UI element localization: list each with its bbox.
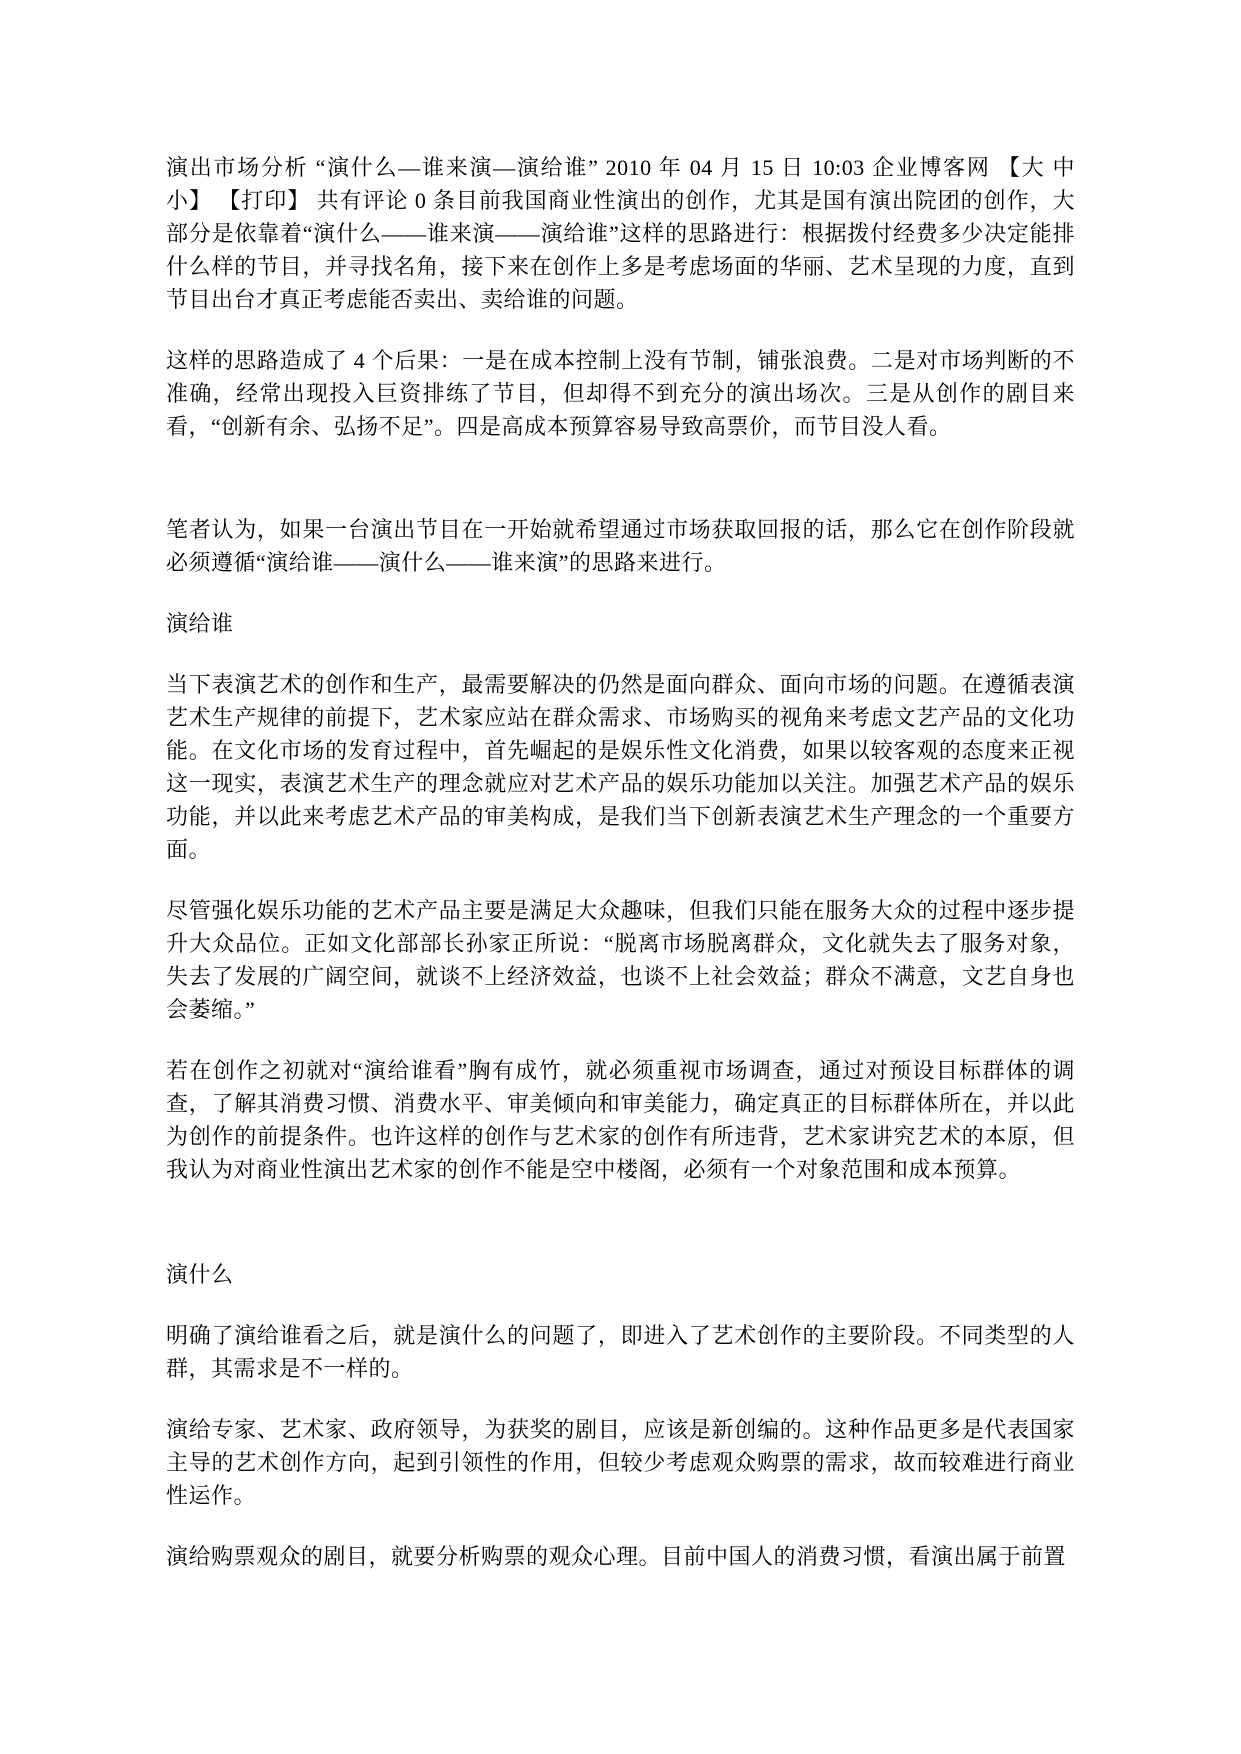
- paragraph-market-research: 若在创作之初就对“演给谁看”胸有成竹，就必须重视市场调查，通过对预设目标群体的调…: [166, 1054, 1075, 1186]
- article-datetime: 2010 年 04 月 15 日 10:03: [606, 155, 865, 180]
- paragraph-entertainment: 尽管强化娱乐功能的艺术产品主要是满足大众趣味，但我们只能在服务大众的过程中逐步提…: [166, 894, 1075, 1026]
- print-control: 【打印】: [218, 188, 310, 213]
- document-page: 演出市场分析 “演什么—谁来演—演给谁” 2010 年 04 月 15 日 10…: [0, 0, 1241, 1754]
- comment-count: 共有评论 0 条: [317, 188, 456, 213]
- article-title: 演出市场分析: [166, 155, 308, 180]
- paragraph-award-shows: 演给专家、艺术家、政府领导，为获奖的剧目，应该是新创编的。这种作品更多是代表国家…: [166, 1413, 1075, 1512]
- article-subtitle: “演什么—谁来演—演给谁”: [316, 155, 599, 180]
- paragraph-ticket-audience: 演给购票观众的剧目，就要分析购票的观众心理。目前中国人的消费习惯，看演出属于前置: [166, 1540, 1075, 1573]
- paragraph-consequences: 这样的思路造成了 4 个后果：一是在成本控制上没有节制，铺张浪费。二是对市场判断…: [166, 344, 1075, 443]
- paragraph-author-view: 笔者认为，如果一台演出节目在一开始就希望通过市场获取回报的话，那么它在创作阶段就…: [166, 513, 1075, 579]
- section-heading-yangeishui: 演给谁: [166, 607, 1075, 640]
- paragraph-audience-focus: 当下表演艺术的创作和生产，最需要解决的仍然是面向群众、面向市场的问题。在遵循表演…: [166, 668, 1075, 866]
- section-heading-yanshenme: 演什么: [166, 1258, 1075, 1291]
- paragraph-what-to-perform: 明确了演给谁看之后，就是演什么的问题了，即进入了艺术创作的主要阶段。不同类型的人…: [166, 1319, 1075, 1385]
- article-source: 企业博客网: [872, 155, 991, 180]
- article-header-paragraph: 演出市场分析 “演什么—谁来演—演给谁” 2010 年 04 月 15 日 10…: [166, 151, 1075, 316]
